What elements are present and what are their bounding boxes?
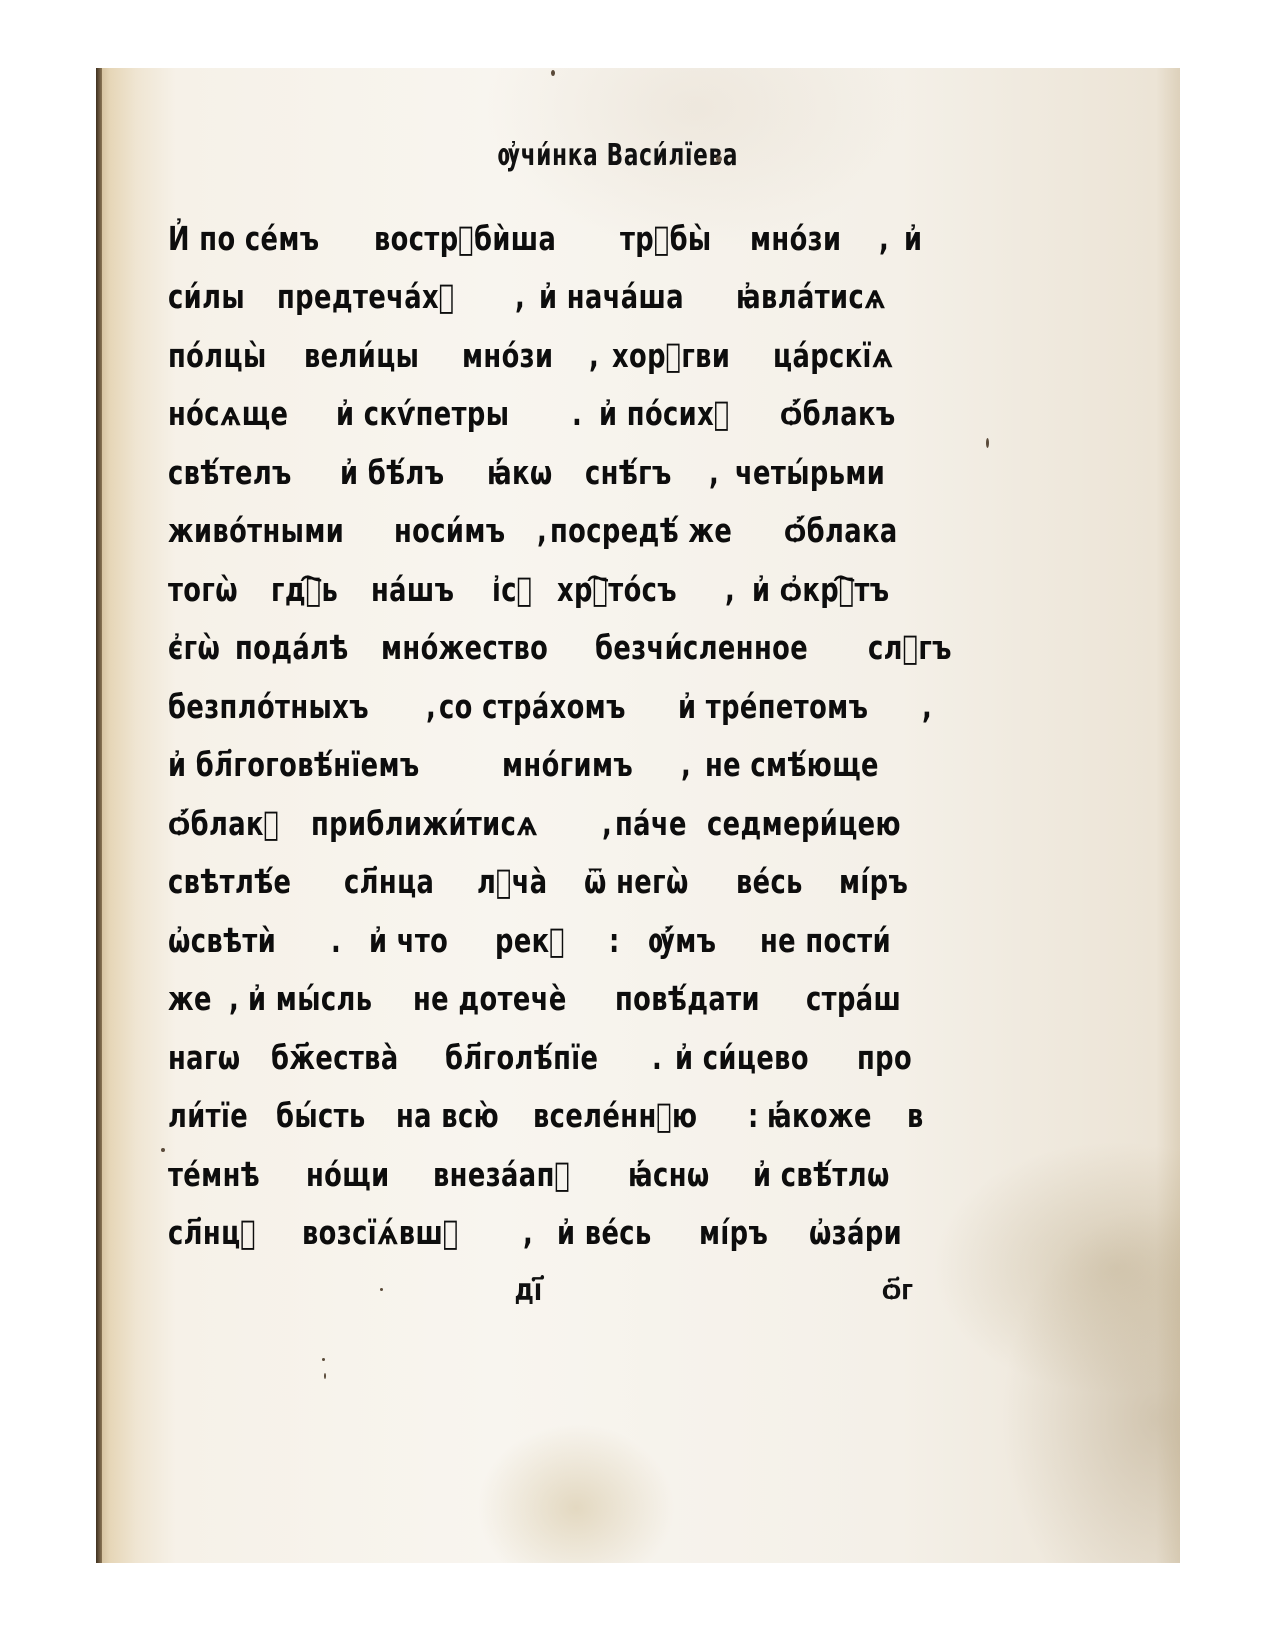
- text-line: ѻ҆́блак꙽приближи́тисѧ,па́чеседмери́цею: [168, 781, 928, 840]
- word: рек꙽: [495, 924, 565, 957]
- ink-speck: [716, 156, 722, 162]
- signature-mark-left: ді҃: [514, 1273, 542, 1308]
- running-title: ѹ҆чи́нка Васи́лїева: [228, 138, 1008, 173]
- word: носи́мъ: [394, 514, 505, 547]
- ink-speck: [551, 70, 555, 76]
- word: повѣ́дати: [615, 982, 760, 1015]
- signature-marks: ді҃ ѻ҃г: [96, 1273, 1180, 1323]
- word: же: [168, 982, 212, 1015]
- text-line: сл҃нц꙽возсїѧ́вш꙽,и҆ ве́сьмі́ръѡ҆за́ри: [168, 1191, 928, 1250]
- word: четы́рьми: [735, 456, 885, 489]
- word: посредѣ́ же: [550, 514, 732, 547]
- text-line: И҆ по се́мъвостр꙽бѝшатр꙽бы̀мно́зи,и҆: [168, 196, 928, 255]
- word: по́лцы̀: [168, 339, 267, 372]
- text-line: по́лцы̀вели́цымно́зи,хор꙽гвица́рскїѧ: [168, 313, 928, 372]
- word: ли́тїе: [168, 1099, 248, 1132]
- word: ꙗ҆́коже: [767, 1099, 872, 1132]
- word: і҆с꙽: [492, 573, 532, 606]
- word: .: [572, 397, 582, 430]
- word: мі́ръ: [839, 865, 908, 898]
- word: И҆ по се́мъ: [168, 222, 320, 255]
- word: на́шъ: [371, 573, 454, 606]
- text-line: нагѡбж҃ества̀бл҃голѣ́пїе.и҆ си́цевопро: [168, 1015, 928, 1074]
- word: бы́сть: [276, 1099, 366, 1132]
- word: ѿ негѡ̀: [584, 865, 689, 898]
- word: тр꙽бы̀: [620, 222, 712, 255]
- word: предтеча́х꙽: [277, 280, 454, 313]
- word: сл꙽гъ: [868, 631, 952, 664]
- word: ца́рскїѧ: [773, 339, 894, 372]
- word: бл҃голѣ́пїе: [445, 1041, 598, 1074]
- word: и҆ бѣ́лъ: [340, 456, 444, 489]
- text-line: ли́тїебы́стьна всю̀вселе́нн꙽ю:ꙗ҆́кожев: [168, 1074, 928, 1133]
- word: .: [331, 924, 341, 957]
- word: ꙗ҆́снѡ: [628, 1158, 710, 1191]
- word: внеза́ап꙽: [433, 1158, 570, 1191]
- word: но́щи: [306, 1158, 390, 1191]
- ink-speck: [161, 1148, 165, 1152]
- word: ,: [523, 1216, 533, 1249]
- text-line: тогѡ̀гдⷭ҇ьна́шъі҆с꙽хрⷭ҇то́съ,и҆ ѻ҆крⷭ҇тъ: [168, 547, 928, 606]
- body-text: И҆ по се́мъвостр꙽бѝшатр꙽бы̀мно́зи,и҆си́л…: [168, 196, 928, 1249]
- word: є҆гѡ̀: [168, 631, 220, 664]
- word: и҆ что: [369, 924, 448, 957]
- text-line: си́лыпредтеча́х꙽,и҆ нача́шаꙗ҆вла́тисѧ: [168, 255, 928, 314]
- word: ,: [515, 280, 525, 313]
- word: востр꙽бѝша: [374, 222, 556, 255]
- word: ꙗ҆вла́тисѧ: [736, 280, 886, 313]
- word: ,: [426, 690, 436, 723]
- word: и҆: [904, 222, 922, 255]
- word: мно́гимъ: [502, 748, 633, 781]
- ink-speck: [986, 438, 989, 448]
- word: и҆ бл҃гоговѣ́нїемъ: [168, 748, 420, 781]
- word: хрⷭ҇то́съ: [557, 573, 677, 606]
- word: возсїѧ́вш꙽: [302, 1216, 459, 1249]
- word: ѡ҆за́ри: [809, 1216, 902, 1249]
- page-spine-edge: [96, 68, 102, 1563]
- word: со стра́хомъ: [439, 690, 626, 723]
- word: в: [907, 1099, 924, 1132]
- word: ,: [922, 690, 932, 723]
- text-line: свѣ́телъи҆ бѣ́лъꙗ҆́кѡснѣ́гъ,четы́рьми: [168, 430, 928, 489]
- book-page: ѹ҆чи́нка Васи́лїева И҆ по се́мъвостр꙽бѝш…: [96, 68, 1180, 1563]
- word: нагѡ: [168, 1041, 241, 1074]
- word: :: [748, 1099, 759, 1132]
- word: л꙽ча̀: [477, 865, 548, 898]
- ink-speck: [322, 1358, 325, 1361]
- word: безчи́сленное: [595, 631, 808, 664]
- word: ѻ҆́блак꙽: [168, 807, 279, 840]
- word: хор꙽гви: [612, 339, 730, 372]
- word: па́че: [615, 807, 687, 840]
- word: свѣ́телъ: [168, 456, 292, 489]
- ink-speck: [380, 1288, 383, 1291]
- word: мно́зи: [750, 222, 841, 255]
- word: :: [609, 924, 620, 957]
- word: стра́ш: [806, 982, 901, 1015]
- word: живо́тными: [168, 514, 344, 547]
- word: мно́зи: [462, 339, 553, 372]
- word: но́сѧще: [168, 397, 288, 430]
- word: гдⷭ҇ь: [271, 573, 338, 606]
- word: и҆ мы́сль: [248, 982, 372, 1015]
- word: ве́сь: [736, 865, 803, 898]
- word: си́лы: [168, 280, 245, 313]
- word: вели́цы: [304, 339, 419, 372]
- word: и҆ по́сих꙽: [599, 397, 730, 430]
- word: ѡ҆свѣтѝ: [168, 924, 276, 957]
- word: ѹ҆́мъ: [648, 924, 716, 957]
- ink-speck: [324, 1373, 326, 1379]
- word: ,: [709, 456, 719, 489]
- word: и҆ свѣ́тлѡ: [753, 1158, 890, 1191]
- word: ꙗ҆́кѡ: [487, 456, 553, 489]
- word: безпло́тныхъ: [168, 690, 369, 723]
- word: свѣтлѣ́е: [168, 865, 291, 898]
- text-line: є҆гѡ̀пода́лѣмно́жествобезчи́сленноесл꙽гъ: [168, 606, 928, 665]
- word: и҆ скѵ́петры: [336, 397, 509, 430]
- text-line: же,и҆ мы́сльне дотечѐповѣ́датистра́ш: [168, 957, 928, 1016]
- word: про: [857, 1041, 912, 1074]
- word: ,: [681, 748, 691, 781]
- word: ,: [229, 982, 239, 1015]
- word: и҆ си́цево: [675, 1041, 809, 1074]
- word: ,: [589, 339, 599, 372]
- word: снѣ́гъ: [585, 456, 672, 489]
- word: ,: [537, 514, 547, 547]
- text-line: и҆ бл҃гоговѣ́нїемъмно́гимъ,не смѣ́юще: [168, 723, 928, 782]
- word: вселе́нн꙽ю: [533, 1099, 697, 1132]
- word: ,: [602, 807, 612, 840]
- text-line: ѡ҆свѣтѝ.и҆ чторек꙽:ѹ҆́мъне пости́: [168, 898, 928, 957]
- text-line: но́сѧщеи҆ скѵ́петры.и҆ по́сих꙽ѻ҆́блакъ: [168, 372, 928, 431]
- word: .: [652, 1041, 662, 1074]
- word: седмери́цею: [707, 807, 901, 840]
- text-line: те́мнѣно́щивнеза́ап꙽ꙗ҆́снѡи҆ свѣ́тлѡ: [168, 1132, 928, 1191]
- word: сл҃нца: [344, 865, 434, 898]
- word: сл҃нц꙽: [168, 1216, 256, 1249]
- word: ,: [725, 573, 735, 606]
- word: и҆ нача́ша: [539, 280, 684, 313]
- text-line: безпло́тныхъ,со стра́хомъи҆ тре́петомъ,: [168, 664, 928, 723]
- word: тогѡ̀: [168, 573, 238, 606]
- word: и҆ ве́сь: [557, 1216, 652, 1249]
- word: ,: [879, 222, 889, 255]
- word: на всю̀: [396, 1099, 499, 1132]
- word: те́мнѣ: [168, 1158, 260, 1191]
- catchword-signature-right: ѻ҃г: [882, 1273, 913, 1306]
- text-line: свѣтлѣ́есл҃нцал꙽ча̀ѿ негѡ̀ве́сьмі́ръ: [168, 840, 928, 899]
- word: и҆ тре́петомъ: [678, 690, 868, 723]
- word: не дотечѐ: [413, 982, 567, 1015]
- word: пода́лѣ: [235, 631, 349, 664]
- word: мі́ръ: [699, 1216, 768, 1249]
- word: бж҃ества̀: [271, 1041, 399, 1074]
- word: не пости́: [760, 924, 891, 957]
- word: ѻ҆́блакъ: [780, 397, 896, 430]
- word: приближи́тисѧ: [311, 807, 538, 840]
- word: ѻ҆́блака: [784, 514, 898, 547]
- word: мно́жество: [381, 631, 548, 664]
- text-line: живо́тныминоси́мъ,посредѣ́ жеѻ҆́блака: [168, 489, 928, 548]
- word: не смѣ́юще: [705, 748, 879, 781]
- word: и҆ ѻ҆крⷭ҇тъ: [752, 573, 890, 606]
